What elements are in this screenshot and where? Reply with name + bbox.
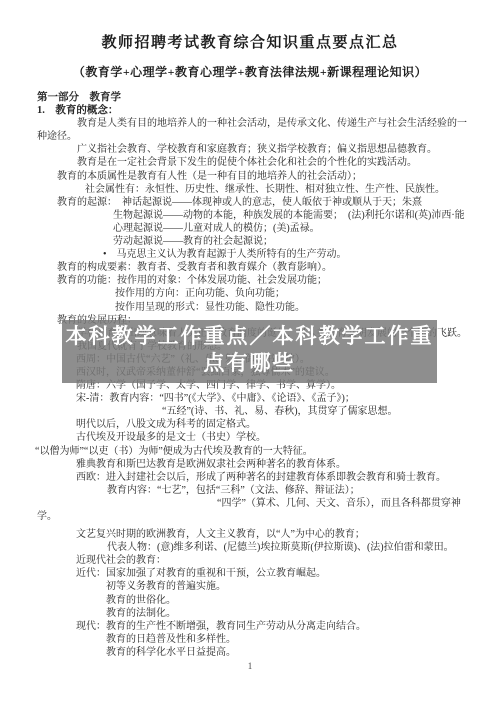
text-line: 雅典教育和斯巴达教育是欧洲奴隶社会两种著名的教育体系。: [0, 458, 500, 471]
document-body: 教育是人类有目的地培养人的一种社会活动，是传承文化、传递生产与社会生活经验的一种…: [0, 117, 500, 659]
text-line: 宋-清：教育内容：“四书”(《大学》、《中庸》、《论语》、《孟子》)；: [0, 392, 500, 405]
text-line: 现代：教育的生产性不断增强，教育同生产劳动从分离走向结合。: [0, 620, 500, 633]
text-line: 种途径。: [0, 130, 500, 143]
text-line: 西欧：进入封建社会以后，形成了两种著名的封建教育体系即教会教育和骑士教育。: [0, 471, 500, 484]
text-line: 教育的日趋普及性和多样性。: [0, 633, 500, 646]
text-line: 广义指社会教育、学校教育和家庭教育；狭义指学校教育；偏义指思想品德教育。: [0, 143, 500, 156]
text-line: 近现代社会的教育：: [0, 554, 500, 567]
text-line: 按作用呈现的形式：显性功能、隐性功能。: [0, 301, 500, 314]
text-line: 初等义务教育的普遍实施。: [0, 580, 500, 593]
text-line: 社会属性有：永恒性、历史性、继承性、长期性、相对独立性、生产性、民族性。: [0, 183, 500, 196]
text-line: 教育是在一定社会背景下发生的促使个体社会化和社会的个性化的实践活动。: [0, 156, 500, 169]
text-line: 按作用的方向：正向功能、负向功能；: [0, 287, 500, 300]
text-line: 劳动起源说——教育的社会起源说；: [0, 235, 500, 248]
text-line: 教育的功能：按作用的对象：个体发展功能、社会发展功能；: [0, 274, 500, 287]
text-line: 文艺复兴时期的欧洲教育，人文主义教育，以“人”为中心的教育；: [0, 528, 500, 541]
text-line: 教育的法制化。: [0, 607, 500, 620]
document-title: 教师招聘考试教育综合知识重点要点汇总: [0, 0, 500, 52]
section-heading: 第一部分 教育学: [0, 91, 500, 104]
text-line: 明代以后，八股文成为科考的固定格式。: [0, 418, 500, 431]
text-line: 教育的起源： 神话起源说——体现神或人的意志，使人皈依于神或顺从于天；朱熹: [0, 196, 500, 209]
text-line: 生物起源说——动物的本能，种族发展的本能需要； (法)利托尔诺和(英)沛西·能: [0, 209, 500, 222]
text-line: 代表人物：(意)维多利诺、(尼德兰)埃拉斯莫斯(伊拉斯谟)、(法)拉伯雷和蒙田。: [0, 541, 500, 554]
text-line: 心理起源说——儿童对成人的模仿；(美)孟禄。: [0, 222, 500, 235]
text-line: • 马克思主义认为教育起源于人类所特有的生产劳动。: [0, 248, 500, 261]
text-line: 教育内容：“七艺”，包括“三科”（文法、修辞、辩证法）；: [0, 484, 500, 497]
item-heading: 1. 教育的概念：: [0, 104, 500, 117]
text-line: 学。: [0, 510, 500, 523]
watermark-overlay-banner: 本科教学工作重点／本科教学工作重 点有哪些: [62, 320, 437, 383]
text-line: 古代埃及开设最多的是文士（书史）学校。: [0, 431, 500, 444]
text-line: 教育的世俗化。: [0, 594, 500, 607]
overlay-text-line1: 本科教学工作重点／本科教学工作重: [62, 323, 437, 350]
text-line: 教育的本质属性是教育有人性（是一种有目的地培养人的社会活动）；: [0, 170, 500, 183]
text-line: “五经”(诗、书、礼、易、春秋)，其贯穿了儒家思想。: [0, 405, 500, 418]
page-number: 1: [0, 661, 500, 671]
text-line: “四学”（算术、几何、天文、音乐），而且各科都贯穿神: [0, 497, 500, 510]
text-line: 教育的科学化水平日益提高。: [0, 646, 500, 659]
document-subtitle: （教育学+心理学+教育心理学+教育法律法规+新课程理论知识）: [0, 65, 500, 80]
text-line: “以僧为师”“以吏（书）为师”便成为古代埃及教育的一大特征。: [0, 445, 500, 458]
overlay-text-line2: 点有哪些: [62, 350, 437, 377]
text-line: 教育是人类有目的地培养人的一种社会活动，是传承文化、传递生产与社会生活经验的一: [0, 117, 500, 130]
text-line: 教育的构成要素：教育者、受教育者和教育媒介（教育影响）。: [0, 261, 500, 274]
document-page: 教师招聘考试教育综合知识重点要点汇总 （教育学+心理学+教育心理学+教育法律法规…: [0, 0, 500, 706]
text-line: 近代：国家加强了对教育的重视和干预，公立教育崛起。: [0, 567, 500, 580]
